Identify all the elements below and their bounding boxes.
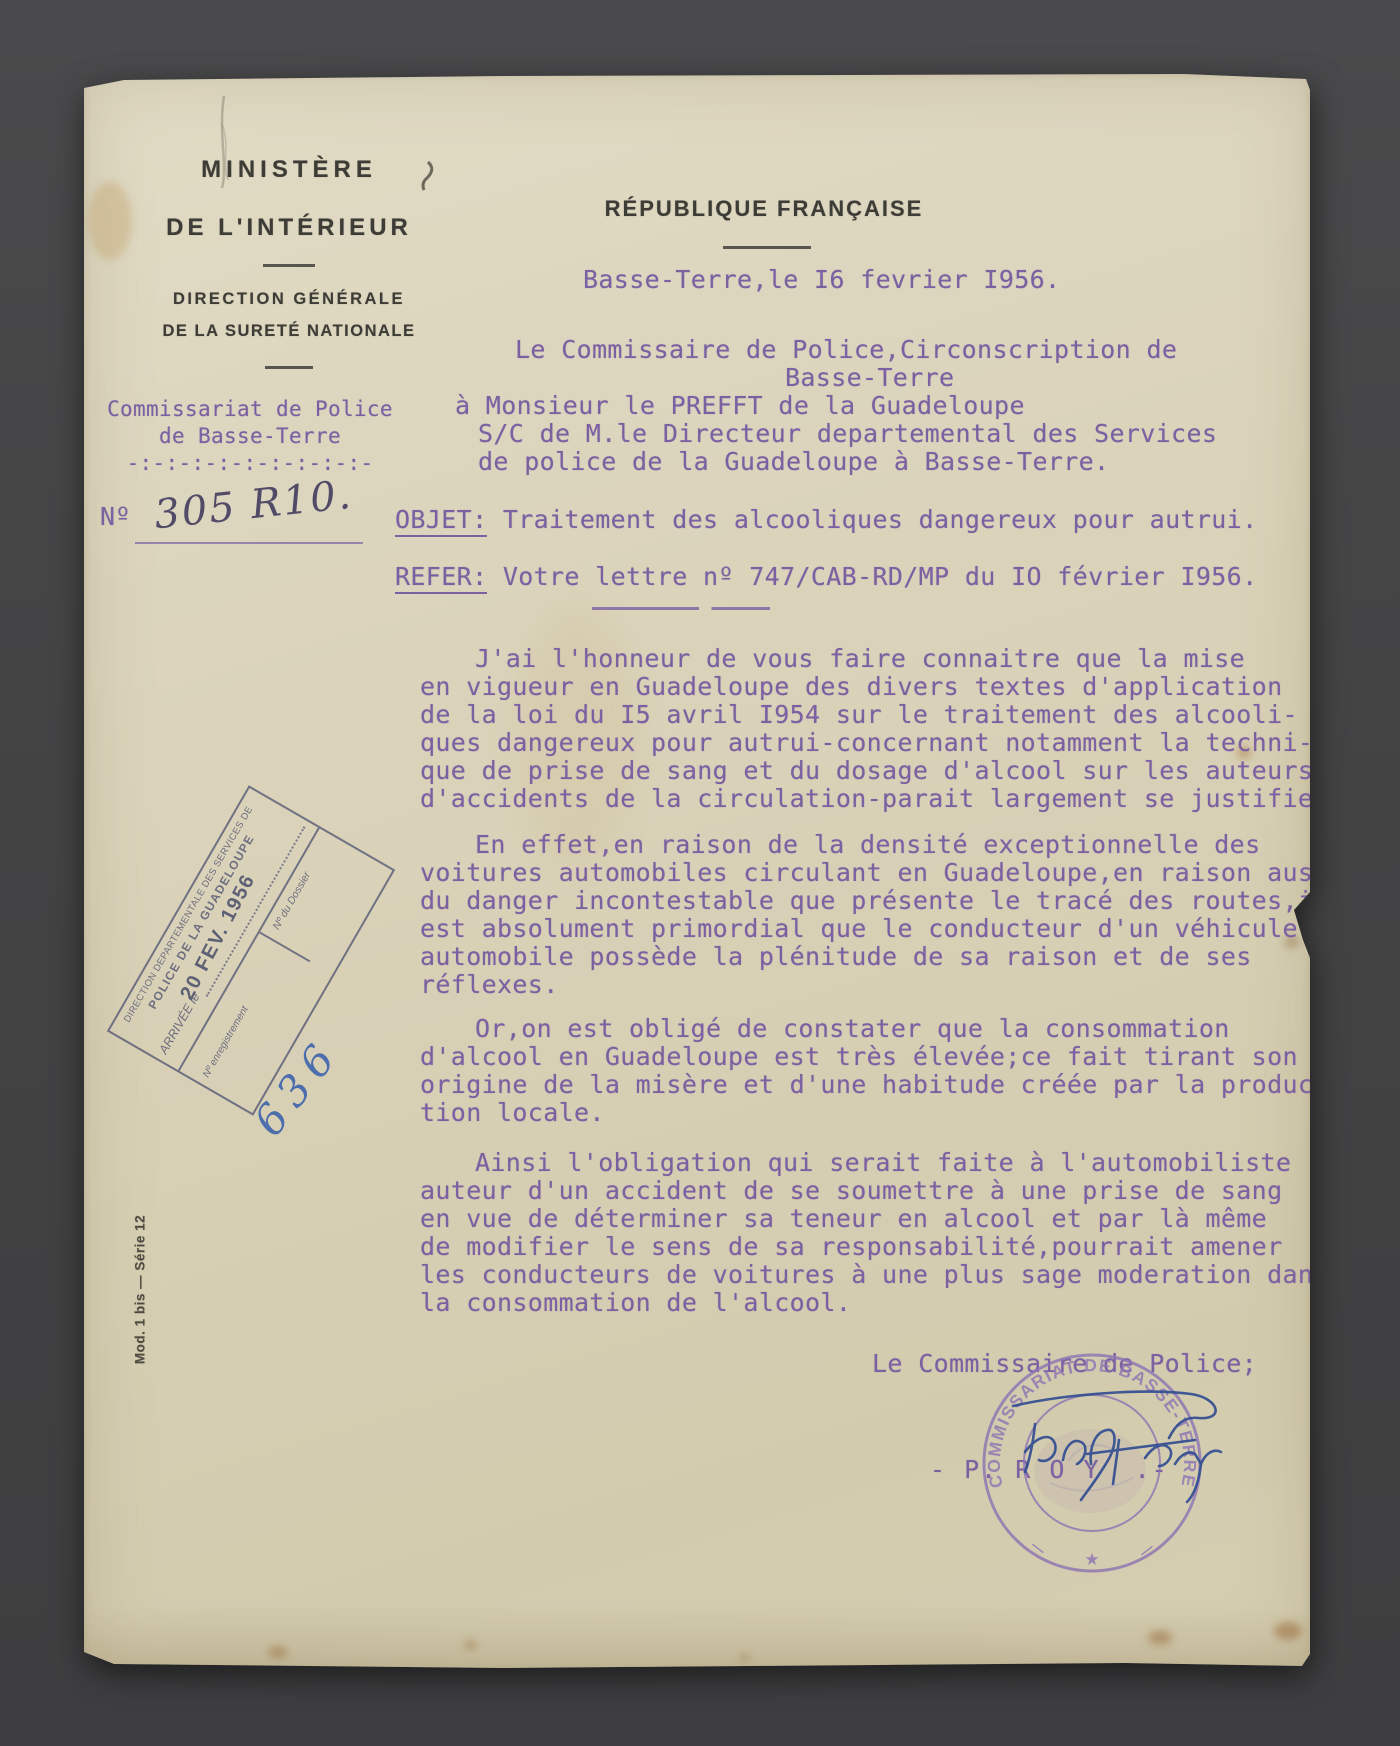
- body-paragraph-3: Or,on est obligé de constater que la con…: [420, 1015, 1340, 1127]
- addressee-line2: S/C de M.le Directeur departemental des …: [478, 420, 1217, 448]
- ministry-title-line2: DE L'INTÉRIEUR: [144, 214, 434, 242]
- sender-line2: Basse-Terre: [785, 364, 954, 392]
- republic-divider: [723, 246, 811, 249]
- round-stamp-dash-right: —: [1136, 1539, 1157, 1560]
- direction-line1: DIRECTION GÉNÉRALE: [124, 290, 454, 309]
- addressee-line3: de police de la Guadeloupe à Basse-Terre…: [478, 448, 1109, 476]
- sender-line1: Le Commissaire de Police,Circonscription…: [515, 336, 1177, 364]
- form-reference: Mod. 1 bis — Série 12: [133, 1210, 148, 1370]
- letterhead-divider-2: [265, 366, 313, 369]
- number-label: Nº: [100, 503, 131, 531]
- dateline: Basse-Terre,le I6 fevrier I956.: [583, 266, 1060, 294]
- republic-title: RÉPUBLIQUE FRANÇAISE: [504, 196, 1024, 222]
- number-underline: [135, 542, 363, 544]
- reference-label: REFER:: [395, 562, 487, 594]
- addressee-line1: à Monsieur le PREFFT de la Guadeloupe: [455, 392, 1025, 420]
- body-paragraph-4: Ainsi l'obligation qui serait faite à l'…: [420, 1149, 1340, 1317]
- round-stamp-star-icon: ★: [1084, 1550, 1099, 1569]
- stain-spot: [88, 182, 132, 260]
- arrival-stamp: DIRECTION DEPARTEMENTALE DES SERVICES DE…: [107, 785, 395, 1115]
- handwritten-signature: [995, 1368, 1265, 1518]
- reference-line: REFER: Votre lettre nº 747/CAB-RD/MP du …: [395, 563, 1258, 591]
- subject-label: OBJET:: [395, 505, 487, 537]
- subject-line: OBJET: Traitement des alcooliques danger…: [395, 506, 1258, 534]
- body-paragraph-2: En effet,en raison de la densité excepti…: [420, 831, 1340, 999]
- direction-line2: DE LA SURETÉ NATIONALE: [124, 322, 454, 341]
- ministry-title-line1: MINISTÈRE: [144, 156, 434, 184]
- paper-bottom-shading: [84, 1604, 1310, 1670]
- office-name-block: Commissariat de Police de Basse-Terre -:…: [100, 396, 400, 477]
- paper-sheet-wrapper: MINISTÈRE DE L'INTÉRIEUR DIRECTION GÉNÉR…: [84, 74, 1310, 1670]
- handwritten-number: 305 R10.: [152, 472, 355, 539]
- letterhead-divider: [263, 264, 315, 267]
- subject-text: Traitement des alcooliques dangereux pou…: [487, 505, 1257, 534]
- section-divider-dashes: [592, 607, 770, 610]
- body-paragraph-1: J'ai l'honneur de vous faire connaitre q…: [420, 645, 1340, 813]
- paper-sheet: MINISTÈRE DE L'INTÉRIEUR DIRECTION GÉNÉR…: [84, 74, 1310, 1670]
- scanned-letter-page: MINISTÈRE DE L'INTÉRIEUR DIRECTION GÉNÉR…: [0, 0, 1400, 1746]
- round-stamp-dash-left: —: [1028, 1537, 1049, 1558]
- reference-text: Votre lettre nº 747/CAB-RD/MP du IO févr…: [487, 562, 1257, 591]
